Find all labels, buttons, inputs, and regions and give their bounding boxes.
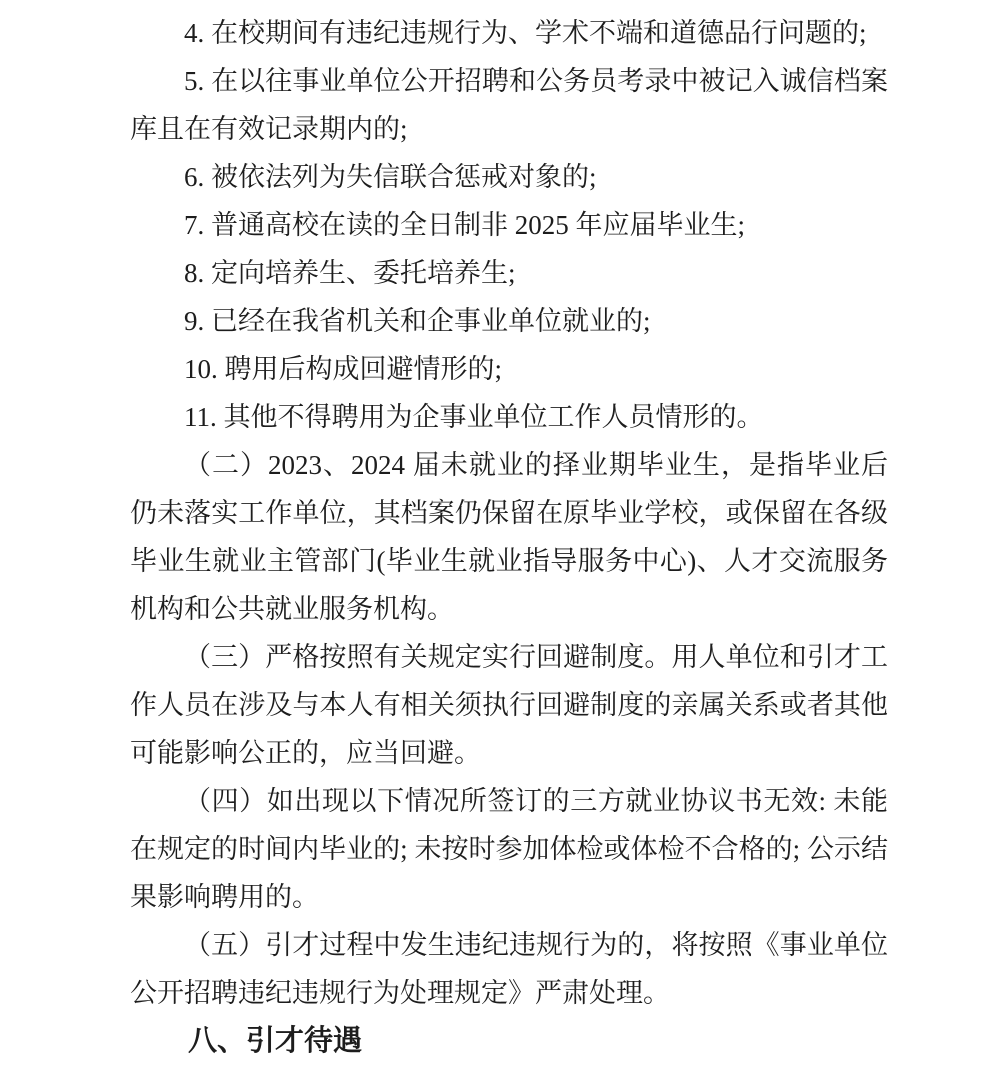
list-item-7: 7. 普通高校在读的全日制非 2025 年应届毕业生; xyxy=(130,201,888,249)
clause-5: （五）引才过程中发生违纪违规行为的，将按照《事业单位公开招聘违纪违规行为处理规定… xyxy=(130,921,888,1017)
list-item-9: 9. 已经在我省机关和企事业单位就业的; xyxy=(130,297,888,345)
document-page: 4. 在校期间有违纪违规行为、学术不端和道德品行问题的; 5. 在以往事业单位公… xyxy=(0,0,1000,1078)
section-heading-8: 八、引才待遇 xyxy=(130,1017,888,1066)
clause-4: （四）如出现以下情况所签订的三方就业协议书无效: 未能在规定的时间内毕业的; 未… xyxy=(130,777,888,921)
clause-2: （二）2023、2024 届未就业的择业期毕业生，是指毕业后仍未落实工作单位，其… xyxy=(130,441,888,633)
list-item-10: 10. 聘用后构成回避情形的; xyxy=(130,345,888,393)
list-item-5: 5. 在以往事业单位公开招聘和公务员考录中被记入诚信档案库且在有效记录期内的; xyxy=(130,57,888,153)
list-item-6: 6. 被依法列为失信联合惩戒对象的; xyxy=(130,153,888,201)
clause-3: （三）严格按照有关规定实行回避制度。用人单位和引才工作人员在涉及与本人有相关须执… xyxy=(130,633,888,777)
list-item-8: 8. 定向培养生、委托培养生; xyxy=(130,249,888,297)
list-item-4: 4. 在校期间有违纪违规行为、学术不端和道德品行问题的; xyxy=(130,9,888,57)
list-item-11: 11. 其他不得聘用为企事业单位工作人员情形的。 xyxy=(130,393,888,441)
